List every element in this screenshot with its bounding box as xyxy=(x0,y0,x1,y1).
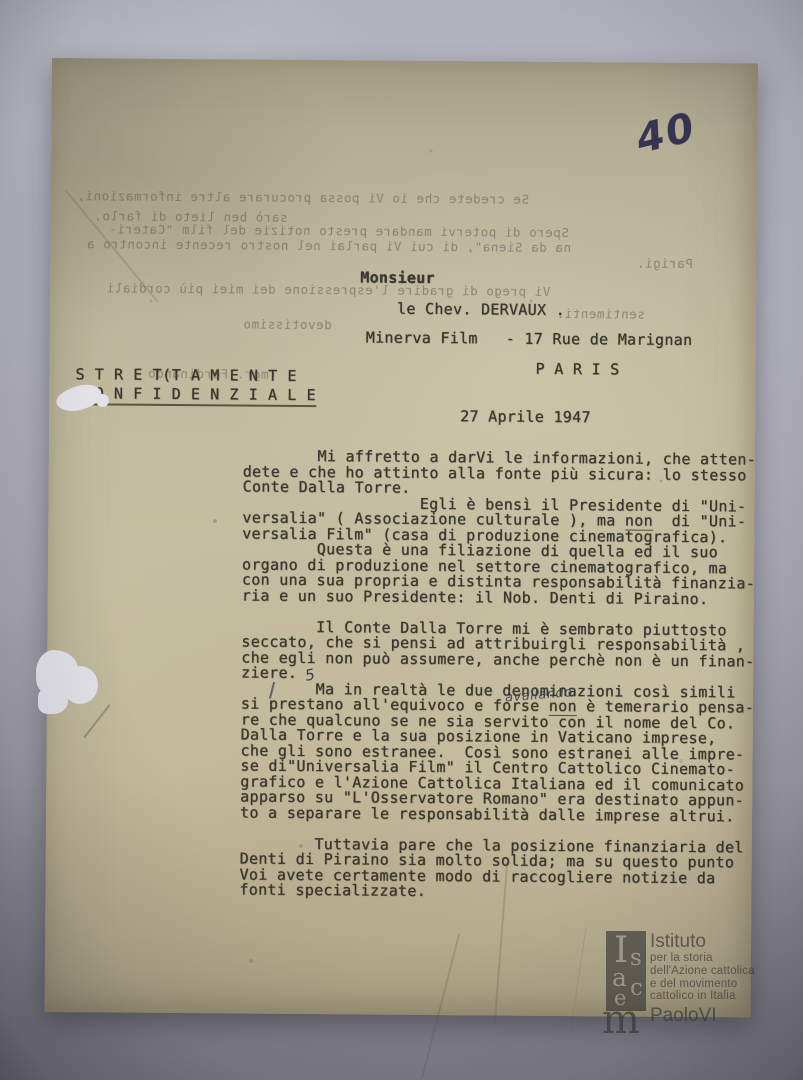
paragraph: Mi affretto a darVi le informazioni, che… xyxy=(243,449,755,500)
watermark-line: dell'Azione cattolica xyxy=(650,965,755,978)
ghost-text-line: na da Siena", di cui Vi parlai nel nostr… xyxy=(86,237,571,255)
watermark-line: Istituto xyxy=(650,932,755,952)
ghost-text-line: Vi prego di gradire l'espressione dei mi… xyxy=(106,281,550,298)
paragraph: Questa è una filiazione di quella ed il … xyxy=(242,542,754,608)
ghost-text-line: Parigi. xyxy=(636,257,693,271)
ghost-text-line: sentimenti. xyxy=(556,307,645,322)
paper-tear xyxy=(38,688,68,714)
letter-paper: 40 Se credete che io Vi possa procurare … xyxy=(45,58,758,1018)
paragraph: Ma in realtà le due denominazioni così s… xyxy=(240,681,753,825)
watermark-line: e del movimento xyxy=(650,978,755,991)
isacem-letter: s xyxy=(630,947,642,970)
recipient-name: le Chev. DERVAUX . xyxy=(397,300,565,319)
handwritten-page-number: 40 xyxy=(632,104,701,163)
watermark-line: PaoloVI xyxy=(650,1006,755,1026)
paragraph: Tuttavia pare che la posizione finanziar… xyxy=(239,836,751,902)
typed-line: ria e un suo Presidente: il Nob. Denti d… xyxy=(242,588,754,608)
recipient-company-address: Minerva Film - 17 Rue de Marignan xyxy=(366,328,693,349)
photo-background: 40 Se credete che io Vi possa procurare … xyxy=(0,0,803,1080)
ghost-text-line: Se credete che io Vi possa procurare alt… xyxy=(77,189,529,207)
classification-line-1: S T R E T(T A M E N T E xyxy=(75,365,297,385)
letter-date: 27 Aprile 1947 xyxy=(460,407,591,426)
dust-speckles xyxy=(0,0,2,2)
recipient-city: P A R I S xyxy=(536,360,620,379)
body-text: Mi affretto a darVi le informazioni, che… xyxy=(239,449,755,903)
isacem-letter-m: m xyxy=(602,1000,640,1040)
paper-crease xyxy=(570,928,586,1032)
paper-hole xyxy=(96,394,109,407)
watermark-text: Istituto per la storia dell'Azione catto… xyxy=(650,932,755,1026)
paper-crease xyxy=(421,933,460,1079)
classification-line-2: C O N F I D E N Z I A L E xyxy=(75,384,316,404)
paragraph: Il Conte Dalla Torre mi è sembrato piutt… xyxy=(241,619,753,685)
archive-watermark: I s a e c m Istituto per la storia dell'… xyxy=(598,926,783,1041)
typed-line: to a separare le responsabilità dalle im… xyxy=(240,805,752,825)
recipient-salutation: Monsieur xyxy=(360,268,435,287)
ghost-text-line: devotissimo xyxy=(243,318,332,333)
watermark-line: cattolico in Italia xyxy=(650,990,755,1003)
typed-line: che egli non può assumere, anche perchè … xyxy=(241,650,753,670)
paragraph: Egli è bensì il Presidente di "Uni-versa… xyxy=(242,495,754,546)
watermark-line: per la storia xyxy=(650,952,755,965)
